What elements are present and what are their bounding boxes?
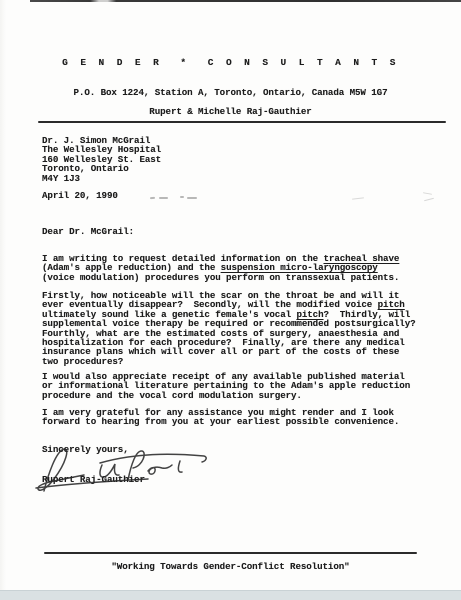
paragraph-2: Firstly, how noticeable will the scar on… — [42, 291, 445, 366]
footer-rule — [44, 552, 417, 554]
letterhead-org-name: G E N D E R * C O N S U L T A N T S — [0, 58, 461, 67]
scan-edge-bottom — [0, 590, 461, 600]
paragraph-3: I would also appreciate receipt of any a… — [42, 372, 445, 400]
letterhead-rule — [38, 121, 446, 123]
scan-smudge — [180, 196, 184, 198]
letterhead-principals: Rupert & Michelle Raj-Gauthier — [0, 107, 461, 116]
salutation: Dear Dr. McGrail: — [42, 227, 134, 236]
scan-smudge — [159, 197, 168, 199]
recipient-address: Dr. J. Simon McGrail The Wellesley Hospi… — [42, 136, 161, 183]
paragraph-4: I am very grateful for any assistance yo… — [42, 408, 445, 427]
letterhead-address: P.O. Box 1224, Station A, Toronto, Ontar… — [0, 88, 461, 97]
scan-smudge — [423, 192, 432, 195]
letter-page: G E N D E R * C O N S U L T A N T S P.O.… — [0, 0, 461, 600]
scan-edge-top — [30, 0, 461, 2]
scan-smudge — [352, 197, 364, 199]
scan-smudge — [187, 197, 197, 199]
scan-smudge — [424, 198, 434, 201]
scan-smudge — [150, 197, 155, 199]
signer-name: Rupert Raj-Gauthier — [42, 475, 145, 484]
date-line: April 20, 1990 — [42, 191, 118, 200]
footer-quote: "Working Towards Gender-Conflict Resolut… — [0, 562, 461, 571]
closing: Sincerely yours, — [42, 445, 129, 454]
paragraph-1: I am writing to request detailed informa… — [42, 254, 445, 282]
